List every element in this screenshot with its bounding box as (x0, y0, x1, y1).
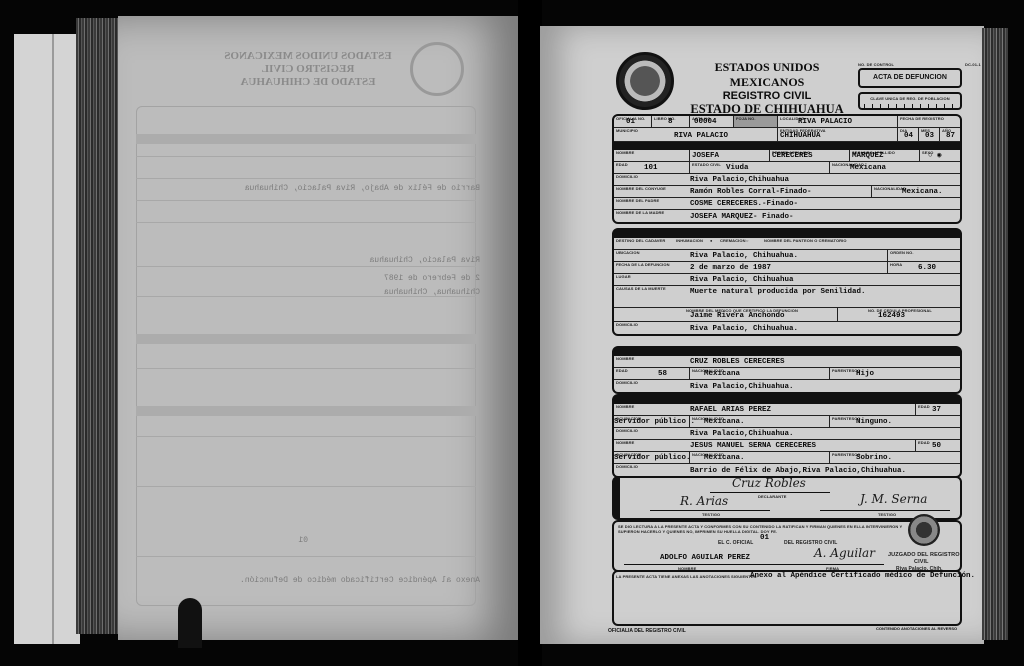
madre-row: NOMBRE DE LA MADREJOSEFA MARQUEZ- Finado… (614, 210, 960, 222)
declarante-sign-line (710, 492, 830, 493)
deceased-nombre-field: JOSEFA (690, 150, 770, 161)
right-page: ESTADOS UNIDOS MEXICANOS REGISTRO CIVIL … (540, 26, 984, 644)
medico-domicilio-field: DOMICILIORiva Palacio, Chihuahua. (614, 322, 960, 334)
declarante-nacionalidad-field: NACIONALIDADMexicana (690, 368, 830, 379)
stamp-line1: JUZGADO DEL REGISTRO (888, 552, 960, 558)
testigo2-domicilio-row: DOMICILIOBarrio de Félix de Abajo,Riva P… (614, 464, 960, 476)
section-divider (614, 142, 960, 150)
declarante-signature: Cruz Robles (732, 476, 806, 490)
control-number-label: No. DE CONTROL (858, 62, 894, 67)
mirrored-rule (136, 178, 476, 179)
lugar-field: LUGARRiva Palacio, Chihuahua (614, 274, 960, 285)
declarante-label: DECLARANTE (758, 494, 787, 499)
curp-box: CLAVE UNICA DE REG. DE POBLACION (858, 92, 962, 110)
declarante-detalle-row: EDAD58 NACIONALIDADMexicana PARENTESCOHi… (614, 368, 960, 380)
medico-field: NOMBRE DEL MEDICO QUE CERTIFICO LA DEFUN… (614, 308, 838, 321)
mirrored-rule (136, 436, 476, 437)
form-code: DC-01-1 (965, 62, 981, 67)
testigo2-nombre-field: NOMBREJESUS MANUEL SERNA CERECERES (614, 440, 916, 451)
mirrored-band (136, 334, 476, 344)
causas-row: CAUSAS DE LA MUERTEMuerte natural produc… (614, 286, 960, 308)
testigo2-detalle-row: OCUPACIONServidor público. NACIONALIDADM… (614, 452, 960, 464)
testigo1-domicilio-row: DOMICILIORiva Palacio,Chihuahua. (614, 428, 960, 440)
section-divider (614, 230, 960, 238)
testigo1-ocupacion-field: OCUPACIONServidor público . (614, 416, 690, 427)
testigo2-nacionalidad-field: NACIONALIDADMexicana. (690, 452, 830, 463)
signatures-section: Cruz Robles DECLARANTE R. Arias TESTIGO … (612, 476, 962, 520)
left-page-stack-edge (76, 18, 122, 634)
declarante-edad-field: EDAD58 (614, 368, 690, 379)
declarante-nombre-field: NOMBRECRUZ ROBLES CERECERES (614, 356, 960, 367)
certification-text: SE DIO LECTURA A LA PRESENTE ACTA Y CONF… (618, 524, 908, 534)
causas-field: CAUSAS DE LA MUERTEMuerte natural produc… (614, 286, 960, 307)
bookmark-ribbon (178, 598, 202, 648)
sexo-field: SEXO○ ◉ (920, 150, 960, 161)
firma-line (774, 564, 884, 565)
mirrored-official-number: 01 (268, 536, 308, 545)
mirrored-seal-icon (410, 42, 464, 96)
oficial-name-line (624, 564, 774, 565)
foja-field: FOJA No. (734, 116, 778, 127)
inhumacion-checked-icon: ● (710, 238, 713, 243)
declarante-section: NOMBRECRUZ ROBLES CERECERES EDAD58 NACIO… (612, 346, 962, 394)
anotaciones-value: Anexo al Apéndice Certificado médico de … (750, 572, 960, 581)
segundo-apellido-field: SEGUNDO APELLIDOMARQUEZ (850, 150, 920, 161)
declarante-domicilio-row: DOMICILIORiva Palacio,Chihuahua. (614, 380, 960, 392)
testigo1-edad-field: EDAD37 (916, 404, 960, 415)
hora-field: HORA6.30 (888, 262, 960, 273)
destino-field: DESTINO DEL CADAVER INHUMACION ● CREMACI… (614, 238, 960, 249)
testigo2-ocupacion-field: OCUPACIONServidor público. (614, 452, 690, 463)
mirrored-form-box (136, 106, 476, 606)
testigo1-label: TESTIGO (702, 512, 720, 517)
cedula-field: No. DE CEDULA PROFESIONAL162493 (838, 308, 960, 321)
footer-left: OFICIALIA DEL REGISTRO CIVIL (608, 628, 686, 634)
deceased-name-row: NOMBRE JOSEFA PRIMER APELLIDOCERECERES S… (614, 150, 960, 162)
mirrored-rule (136, 156, 476, 157)
mirrored-text-line: 2 de Febrero de 1987 (140, 274, 480, 283)
cremacion-unchecked-icon: ○ (746, 238, 749, 243)
domicilio-field: DOMICILIORiva Palacio,Chihuahua (614, 174, 960, 185)
oficial-signature: A. Aguilar (814, 546, 875, 560)
anotaciones-label: LA PRESENTE ACTA TIENE ANEXAS LAS ANOTAC… (616, 574, 758, 579)
mes-field: MES03 (919, 128, 940, 141)
testigo2-parentesco-field: PARENTESCOSobrino. (830, 452, 960, 463)
left-page: ESTADOS UNIDOS MEXICANOS REGISTRO CIVIL … (118, 16, 520, 640)
oficial-prefix: EL C. OFICIAL (718, 540, 753, 546)
testigo1-detalle-row: OCUPACIONServidor público . NACIONALIDAD… (614, 416, 960, 428)
acta-field: ACTA No.00004 (690, 116, 734, 127)
testigo2-label: TESTIGO (878, 512, 896, 517)
mirrored-text-line: Anexo al Apéndice Certificado médico de … (140, 576, 480, 585)
registry-stamp-icon (908, 514, 940, 546)
declarante-parentesco-field: PARENTESCOHijo (830, 368, 960, 379)
footer-right: CONTENIDO ANOTACIONES AL REVERSO (876, 626, 957, 631)
mirrored-rule (136, 556, 476, 557)
testigo2-signature: J. M. Serna (860, 492, 927, 506)
medico-row: NOMBRE DEL MEDICO QUE CERTIFICO LA DEFUN… (614, 308, 960, 322)
oficial-name: ADOLFO AGUILAR PEREZ (660, 554, 770, 563)
oficialia-field: OFICIALIA No.01 (614, 116, 652, 127)
death-section: DESTINO DEL CADAVER INHUMACION ● CREMACI… (612, 228, 962, 336)
madre-field: NOMBRE DE LA MADREJOSEFA MARQUEZ- Finado… (614, 210, 960, 222)
mirrored-text-line: Barrio de Félix de Abajo, Riva Palacio, … (140, 184, 480, 193)
curp-label: CLAVE UNICA DE REG. DE POBLACION (860, 96, 960, 101)
ubicacion-row: UBICACIONRiva Palacio, Chihuahua. ORDEN … (614, 250, 960, 262)
testigo2-sign-line (820, 510, 950, 511)
section-divider (614, 396, 960, 404)
stamp-line2: CIVIL (914, 559, 929, 565)
section-divider (614, 348, 960, 356)
localidad-field: LOCALIDADRIVA PALACIO (778, 116, 898, 127)
testigo1-parentesco-field: PARENTESCONinguno. (830, 416, 960, 427)
book-gutter (518, 0, 542, 666)
fecha-registro-header: FECHA DE REGISTRO (898, 116, 960, 127)
anotaciones-section: LA PRESENTE ACTA TIENE ANEXAS LAS ANOTAC… (612, 570, 962, 626)
right-page-stack-edge (982, 28, 1008, 640)
testigo1-nombre-field: NOMBRERAFAEL ARIAS PEREZ (614, 404, 916, 415)
dia-field: DIA04 (898, 128, 919, 141)
testigo1-nombre-row: NOMBRERAFAEL ARIAS PEREZ EDAD37 (614, 404, 960, 416)
lugar-row: LUGARRiva Palacio, Chihuahua (614, 274, 960, 286)
registry-row: OFICIALIA No.01 LIBRO No.8 ACTA No.00004… (614, 116, 960, 128)
declarante-domicilio-field: DOMICILIORiva Palacio,Chihuahua. (614, 380, 960, 392)
libro-field: LIBRO No.8 (652, 116, 690, 127)
testigo1-sign-line (650, 510, 770, 511)
nacionalidad-field: NACIONALIDADMexicana (830, 162, 960, 173)
mirrored-header: ESTADOS UNIDOS MEXICANOS REGISTRO CIVIL … (208, 50, 408, 89)
fecha-row: FECHA DE LA DEFUNCION2 de marzo de 1987 … (614, 262, 960, 274)
testigos-section: NOMBRERAFAEL ARIAS PEREZ EDAD37 OCUPACIO… (612, 394, 962, 478)
mirrored-rule (136, 486, 476, 487)
municipio-row: MUNICIPIORIVA PALACIO ENTIDAD FEDERATIVA… (614, 128, 960, 142)
deceased-age-row: EDAD101 ESTADO CIVILViuda NACIONALIDADMe… (614, 162, 960, 174)
orden-field: ORDEN No. (888, 250, 960, 261)
mirrored-band (136, 406, 476, 416)
nombre-label-cell: NOMBRE (614, 150, 690, 161)
padre-row: NOMBRE DEL PADRECOSME CERECERES.-Finado- (614, 198, 960, 210)
primer-apellido-field: PRIMER APELLIDOCERECERES (770, 150, 850, 161)
mirrored-text-line: Riva Palacio, Chihuahua (140, 256, 480, 265)
mirrored-rule (136, 266, 476, 267)
edad-field: EDAD101 (614, 162, 690, 173)
estado-civil-field: ESTADO CIVILViuda (690, 162, 830, 173)
mirrored-text-line: Chihuahua, Chihuahua (140, 288, 480, 297)
mirrored-rule (136, 200, 476, 201)
testigo1-domicilio-field: DOMICILIORiva Palacio,Chihuahua. (614, 428, 960, 439)
deceased-domicilio-row: DOMICILIORiva Palacio,Chihuahua (614, 174, 960, 186)
deceased-section: OFICIALIA No.01 LIBRO No.8 ACTA No.00004… (612, 114, 962, 224)
destino-row: DESTINO DEL CADAVER INHUMACION ● CREMACI… (614, 238, 960, 250)
conyuge-field: NOMBRE DEL CONYUGERamón Robles Corral-Fi… (614, 186, 872, 197)
testigo2-edad-field: EDAD50 (916, 440, 960, 451)
ubicacion-field: UBICACIONRiva Palacio, Chihuahua. (614, 250, 888, 261)
municipio-field: MUNICIPIORIVA PALACIO (614, 128, 778, 141)
testigo1-signature: R. Arias (680, 494, 728, 508)
mirrored-rule (136, 368, 476, 369)
declarante-nombre-row: NOMBRECRUZ ROBLES CERECERES (614, 356, 960, 368)
conyuge-nacionalidad-field: NACIONALIDADMexicana. (872, 186, 960, 197)
anio-field: AÑO87 (940, 128, 960, 141)
document-header: ESTADOS UNIDOS MEXICANOS REGISTRO CIVIL … (682, 60, 852, 117)
curp-tick-marks (864, 104, 956, 108)
padre-field: NOMBRE DEL PADRECOSME CERECERES.-Finado- (614, 198, 960, 209)
loose-sheet (14, 34, 80, 644)
acta-type-box: ACTA DE DEFUNCION (858, 68, 962, 88)
mirrored-rule (136, 222, 476, 223)
entidad-field: ENTIDAD FEDERATIVACHIHUAHUA (778, 128, 898, 141)
mexican-coat-of-arms-seal-icon (616, 52, 674, 110)
conyuge-row: NOMBRE DEL CONYUGERamón Robles Corral-Fi… (614, 186, 960, 198)
medico-domicilio-row: DOMICILIORiva Palacio, Chihuahua. (614, 322, 960, 334)
fecha-defuncion-field: FECHA DE LA DEFUNCION2 de marzo de 1987 (614, 262, 888, 273)
testigo2-domicilio-field: DOMICILIOBarrio de Félix de Abajo,Riva P… (614, 464, 960, 476)
oficial-number: 01 (760, 534, 780, 543)
mirrored-band (136, 134, 476, 144)
testigo1-nacionalidad-field: NACIONALIDADMexicana. (690, 416, 830, 427)
testigo2-nombre-row: NOMBREJESUS MANUEL SERNA CERECERES EDAD5… (614, 440, 960, 452)
